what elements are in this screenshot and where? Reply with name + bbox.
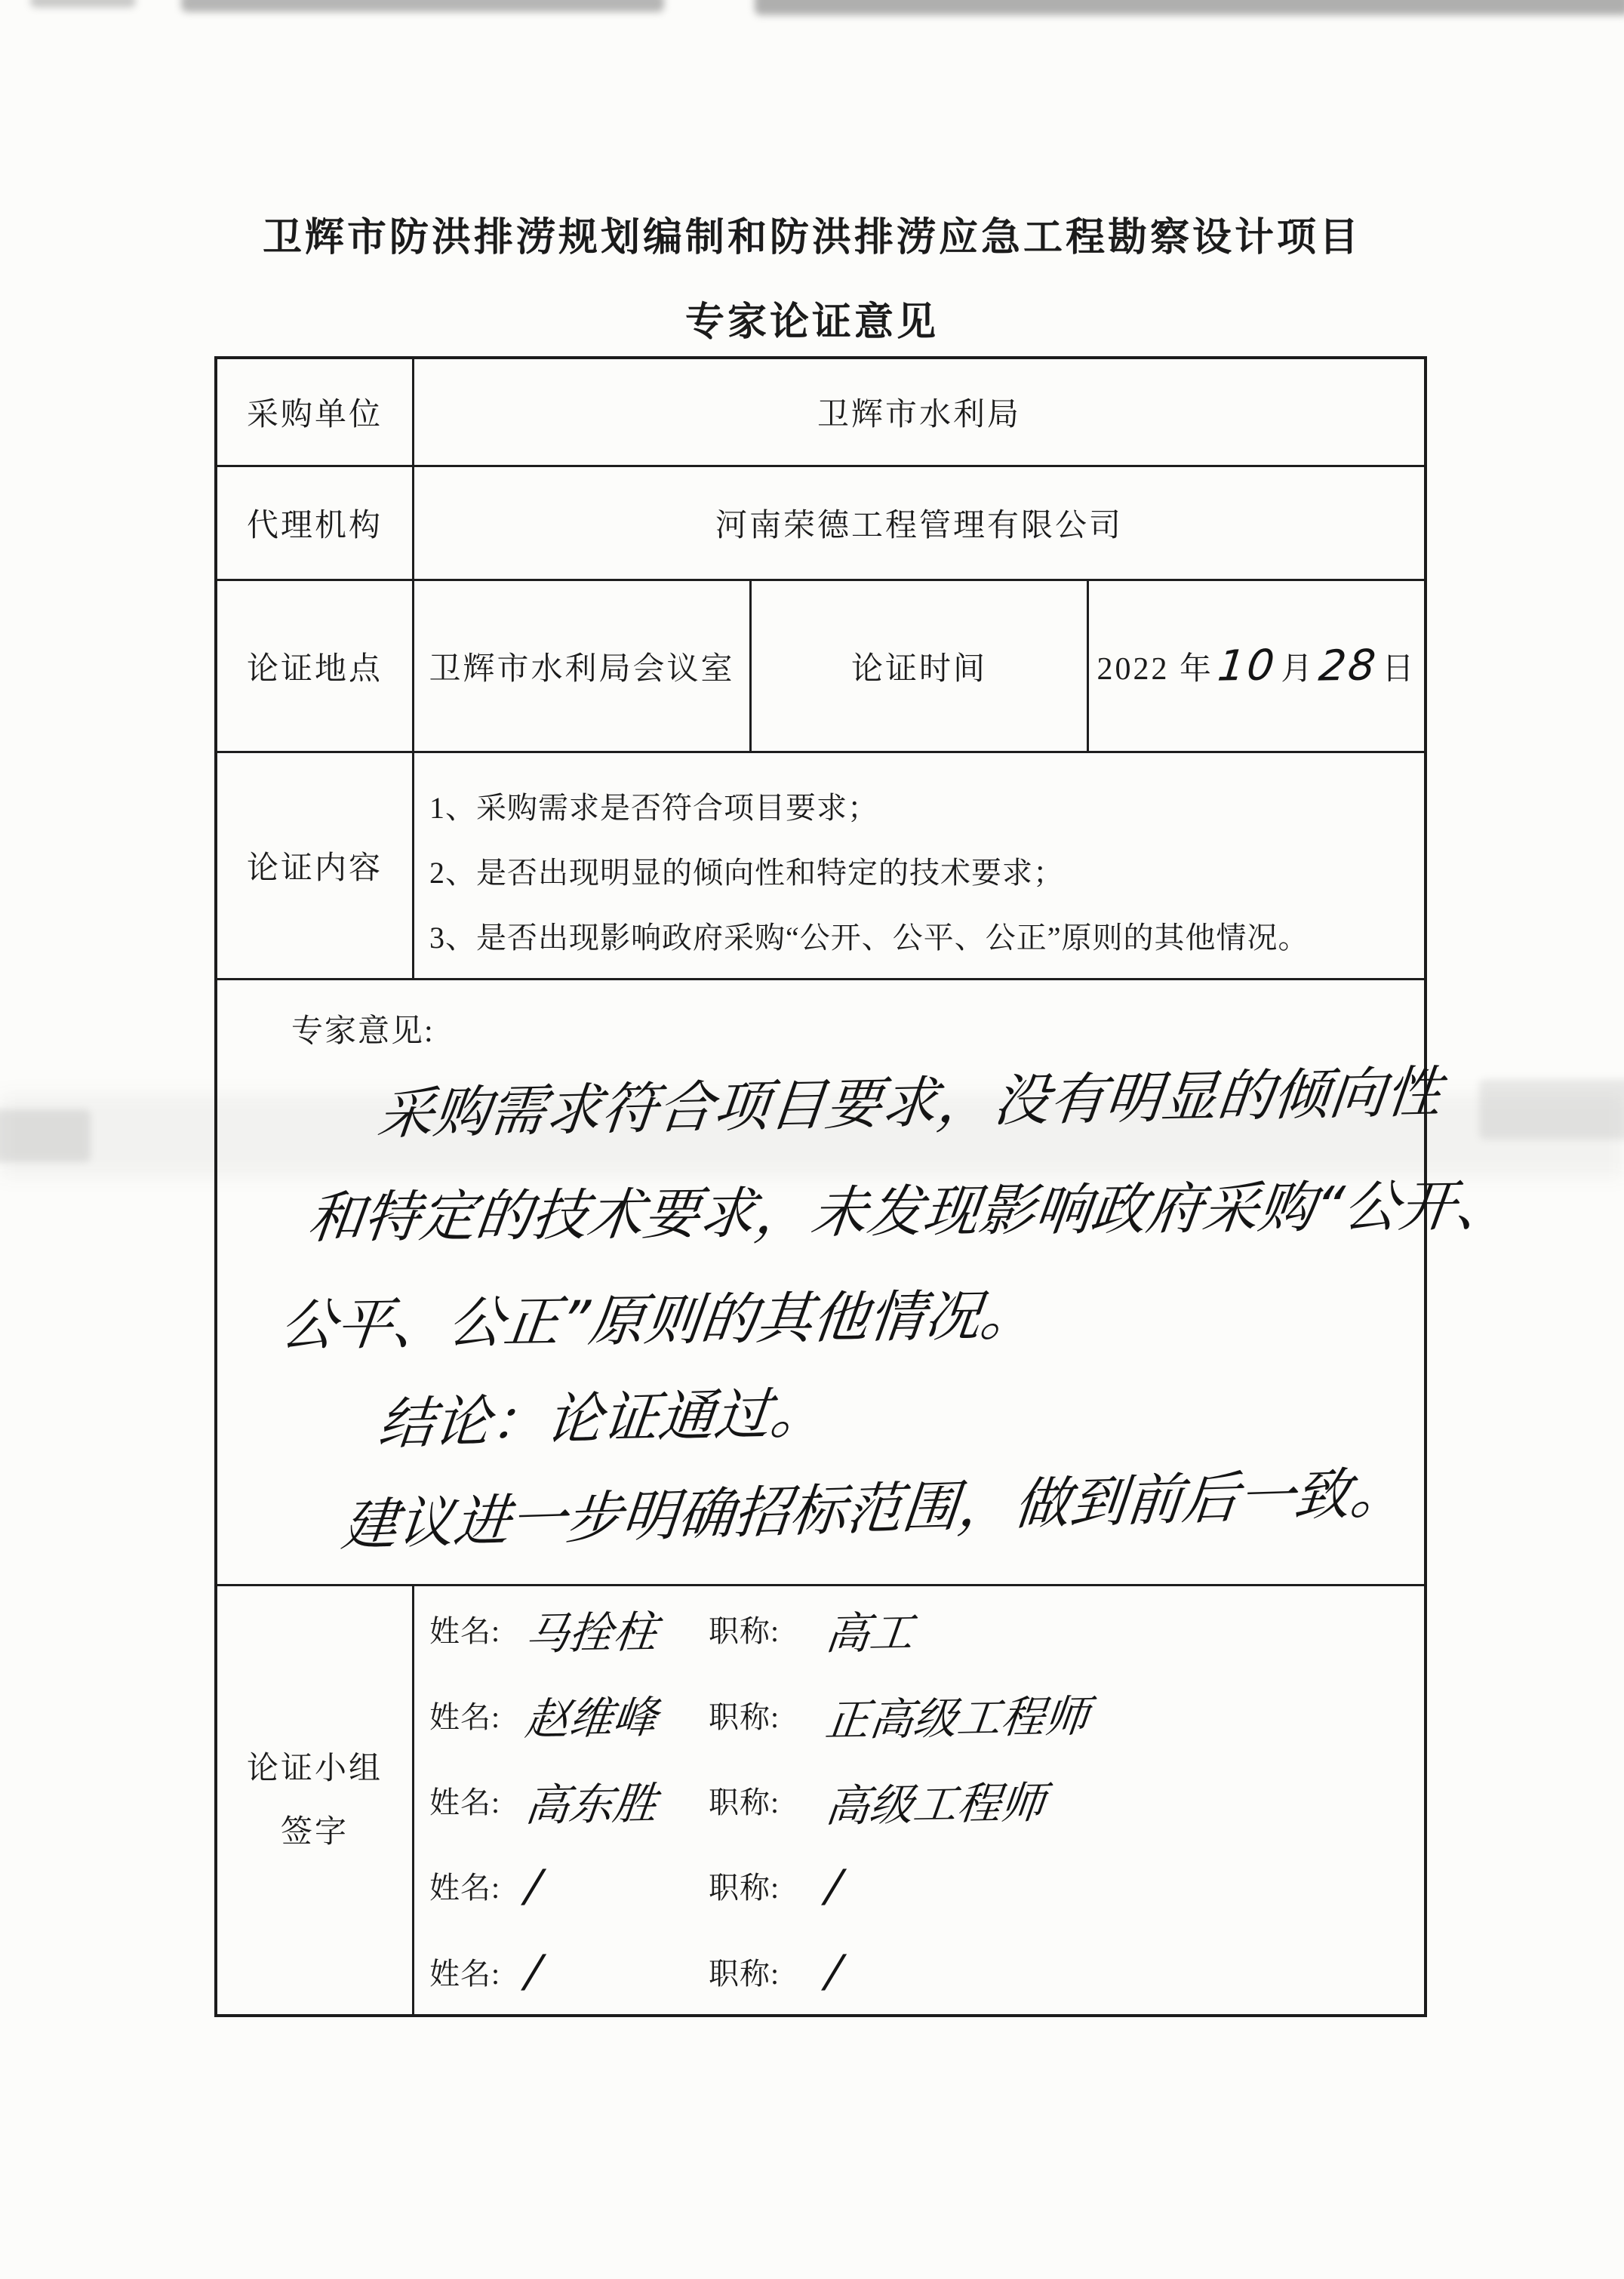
signature-group-label-line2: 签字 <box>281 1801 349 1864</box>
agency-value: 河南荣德工程管理有限公司 <box>414 467 1424 579</box>
name-label: 姓名: <box>429 1864 526 1907</box>
scan-smudge <box>755 0 1624 15</box>
date-year-printed: 2022 年 <box>1097 644 1213 689</box>
signature-title-handwritten: 高工 <box>823 1597 917 1662</box>
date-month-handwritten: 10 <box>1215 641 1278 690</box>
row-signatures: 论证小组 签字 姓名: 马拴柱 职称: 高工 姓名: 赵维峰 职称: 正高级工程… <box>217 1584 1424 2014</box>
scan-smudge <box>30 0 136 8</box>
content-item-1: 1、采购需求是否符合项目要求； <box>429 776 1416 841</box>
location-value: 卫辉市水利局会议室 <box>414 581 752 751</box>
title-label: 职称: <box>709 1779 805 1822</box>
scan-smudge <box>1479 1079 1624 1139</box>
date-day-unit-printed: 日 <box>1383 644 1416 689</box>
signature-entry-5: 姓名: / 职称: / <box>414 1929 1424 2014</box>
signature-title-slash: / <box>823 1860 844 1911</box>
time-value: 2022 年 10 月 28 日 <box>1089 581 1424 751</box>
form-table: 采购单位 卫辉市水利局 代理机构 河南荣德工程管理有限公司 论证地点 卫辉市水利… <box>214 356 1427 2017</box>
date-day-handwritten: 28 <box>1317 641 1380 690</box>
date-month-unit-printed: 月 <box>1281 644 1315 689</box>
signature-title-handwritten: 高级工程师 <box>823 1767 1048 1834</box>
signature-name-slash: / <box>523 1945 543 1997</box>
title-label: 职称: <box>709 1864 805 1907</box>
row-expert-opinion: 专家意见: 采购需求符合项目要求，没有明显的倾向性 和特定的技术要求，未发现影响… <box>217 978 1424 1584</box>
row-purchaser: 采购单位 卫辉市水利局 <box>217 359 1424 465</box>
content-items: 1、采购需求是否符合项目要求； 2、是否出现明显的倾向性和特定的技术要求； 3、… <box>414 753 1424 978</box>
title-label: 职称: <box>709 1950 805 1993</box>
signature-name-handwritten: 高东胜 <box>522 1767 660 1833</box>
title-label: 职称: <box>709 1607 805 1650</box>
signature-group-label: 论证小组 签字 <box>217 1586 414 2014</box>
name-label: 姓名: <box>429 1607 526 1650</box>
signature-name-handwritten: 赵维峰 <box>522 1682 660 1748</box>
document-title-line1: 卫辉市防洪排涝规划编制和防洪排涝应急工程勘察设计项目 <box>0 205 1624 262</box>
signature-entry-1: 姓名: 马拴柱 职称: 高工 <box>414 1586 1424 1672</box>
signature-entry-4: 姓名: / 职称: / <box>414 1843 1424 1928</box>
name-label: 姓名: <box>429 1779 526 1822</box>
signature-entries: 姓名: 马拴柱 职称: 高工 姓名: 赵维峰 职称: 正高级工程师 姓名: 高东… <box>414 1586 1424 2014</box>
signature-entry-2: 姓名: 赵维峰 职称: 正高级工程师 <box>414 1672 1424 1757</box>
content-item-2: 2、是否出现明显的倾向性和特定的技术要求； <box>429 841 1416 906</box>
content-item-3: 3、是否出现影响政府采购“公开、公平、公正”原则的其他情况。 <box>429 906 1416 970</box>
scanned-document-page: 卫辉市防洪排涝规划编制和防洪排涝应急工程勘察设计项目 专家论证意见 采购单位 卫… <box>0 0 1624 2279</box>
expert-opinion-label: 专家意见: <box>291 1006 435 1051</box>
signature-entry-3: 姓名: 高东胜 职称: 高级工程师 <box>414 1758 1424 1843</box>
location-label: 论证地点 <box>217 581 414 751</box>
row-place-time: 论证地点 卫辉市水利局会议室 论证时间 2022 年 10 月 28 日 <box>217 579 1424 751</box>
scan-smudge <box>181 0 664 12</box>
signature-name-handwritten: 马拴柱 <box>522 1596 660 1662</box>
row-content: 论证内容 1、采购需求是否符合项目要求； 2、是否出现明显的倾向性和特定的技术要… <box>217 751 1424 978</box>
signature-title-handwritten: 正高级工程师 <box>823 1681 1093 1748</box>
purchaser-value: 卫辉市水利局 <box>414 359 1424 465</box>
row-agency: 代理机构 河南荣德工程管理有限公司 <box>217 465 1424 579</box>
opinion-handwritten-line-1: 采购需求符合项目要求，没有明显的倾向性 <box>374 1047 1446 1149</box>
content-label: 论证内容 <box>217 753 414 978</box>
expert-opinion-cell: 专家意见: 采购需求符合项目要求，没有明显的倾向性 和特定的技术要求，未发现影响… <box>217 980 1424 1584</box>
name-label: 姓名: <box>429 1693 526 1736</box>
signature-group-label-line1: 论证小组 <box>247 1737 383 1801</box>
opinion-handwritten-line-4: 结论：论证通过。 <box>375 1368 831 1459</box>
opinion-handwritten-line-5: 建议进一步明确招标范围，做到前后一致。 <box>339 1448 1410 1561</box>
title-label: 职称: <box>709 1693 805 1736</box>
opinion-handwritten-line-2: 和特定的技术要求，未发现影响政府采购“公开、 <box>304 1161 1516 1254</box>
purchaser-label: 采购单位 <box>217 359 414 465</box>
document-title-line2: 专家论证意见 <box>0 290 1624 346</box>
signature-title-slash: / <box>823 1945 844 1997</box>
scan-smudge <box>0 1109 91 1162</box>
time-label: 论证时间 <box>752 581 1089 751</box>
date-composite: 2022 年 10 月 28 日 <box>1097 641 1416 690</box>
agency-label: 代理机构 <box>217 467 414 579</box>
name-label: 姓名: <box>429 1950 526 1993</box>
signature-name-slash: / <box>523 1860 543 1911</box>
opinion-handwritten-line-3: 公平、公正”原则的其他情况。 <box>276 1271 1041 1361</box>
